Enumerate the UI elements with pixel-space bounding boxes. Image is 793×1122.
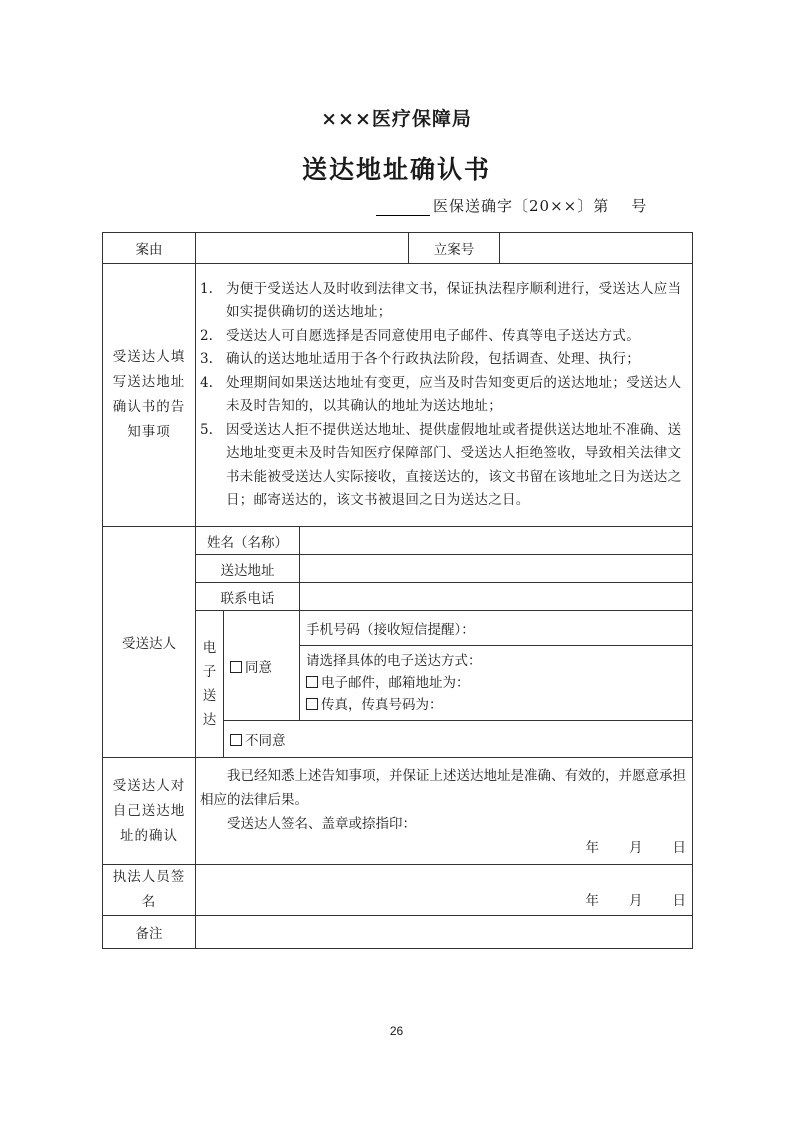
document-number: 医保送确字〔20××〕第 号: [376, 195, 647, 216]
mobile-field[interactable]: 手机号码（接收短信提醒）：: [300, 611, 693, 646]
sign-prompt[interactable]: 受送达人签名、盖章或捺指印：: [200, 812, 688, 836]
fax-checkbox[interactable]: [306, 698, 318, 710]
agree-option[interactable]: 同意: [224, 611, 300, 721]
doc-number-blank[interactable]: [376, 199, 430, 216]
doc-number-prefix: 医保送确字〔20××〕第: [433, 195, 609, 216]
officer-date[interactable]: 年 月 日: [200, 889, 688, 909]
document-title: 送达地址确认书: [0, 150, 793, 186]
phone-label: 联系电话: [196, 583, 300, 611]
remark-field[interactable]: [196, 916, 693, 949]
electronic-method-options: 请选择具体的电子送达方式： 电子邮件，邮箱地址为： 传真，传真号码为：: [300, 646, 693, 721]
case-no-field[interactable]: [500, 233, 693, 264]
notice-item: 3.确认的送达地址适用于各个行政执法阶段，包括调查、处理、执行；: [200, 348, 690, 372]
name-label: 姓名（名称）: [196, 527, 300, 555]
name-field[interactable]: [300, 527, 693, 555]
organization-name: ×××医疗保障局: [0, 104, 793, 131]
email-option[interactable]: 电子邮件，邮箱地址为：: [306, 672, 692, 694]
page-number: 26: [0, 1024, 793, 1038]
disagree-option[interactable]: 不同意: [224, 721, 693, 758]
doc-number-suffix: 号: [631, 195, 647, 216]
confirm-date[interactable]: 年 月 日: [200, 836, 688, 860]
fax-option[interactable]: 传真，传真号码为：: [306, 694, 692, 716]
officer-signature[interactable]: 年 月 日: [196, 865, 693, 916]
notice-label: 受送达人填写送达地址确认书的告知事项: [103, 264, 196, 527]
notice-item: 2.受送达人可自愿选择是否同意使用电子邮件、传真等电子送达方式。: [200, 325, 690, 349]
recipient-label: 受送达人: [103, 527, 196, 758]
electronic-delivery-label: 电子送达: [196, 611, 224, 758]
method-prompt: 请选择具体的电子送达方式：: [306, 650, 692, 672]
remark-label: 备注: [103, 916, 196, 949]
case-no-label: 立案号: [409, 233, 500, 264]
email-checkbox[interactable]: [306, 676, 318, 688]
case-reason-field[interactable]: [196, 233, 409, 264]
phone-field[interactable]: [300, 583, 693, 611]
notice-items: 1.为便于受送达人及时收到法律文书，保证执法程序顺利进行，受送达人应当如实提供确…: [196, 264, 693, 527]
confirm-label: 受送达人对自己送达地址的确认: [103, 758, 196, 865]
officer-label: 执法人员签名: [103, 865, 196, 916]
case-reason-label: 案由: [103, 233, 196, 264]
address-confirmation-form: 案由 立案号 受送达人填写送达地址确认书的告知事项 1.为便于受送达人及时收到法…: [102, 232, 693, 949]
confirm-text: 我已经知悉上述告知事项，并保证上述送达地址是准确、有效的，并愿意承担相应的法律后…: [200, 764, 688, 812]
notice-item: 5.因受送达人拒不提供送达地址、提供虚假地址或者提供送达地址不准确、送达地址变更…: [200, 419, 690, 513]
disagree-checkbox[interactable]: [230, 734, 242, 746]
address-label: 送达地址: [196, 555, 300, 583]
notice-item: 1.为便于受送达人及时收到法律文书，保证执法程序顺利进行，受送达人应当如实提供确…: [200, 278, 690, 325]
address-field[interactable]: [300, 555, 693, 583]
agree-checkbox[interactable]: [230, 661, 242, 673]
confirm-section: 我已经知悉上述告知事项，并保证上述送达地址是准确、有效的，并愿意承担相应的法律后…: [196, 758, 693, 865]
notice-item: 4.处理期间如果送达地址有变更，应当及时告知变更后的送达地址；受送达人未及时告知…: [200, 372, 690, 419]
